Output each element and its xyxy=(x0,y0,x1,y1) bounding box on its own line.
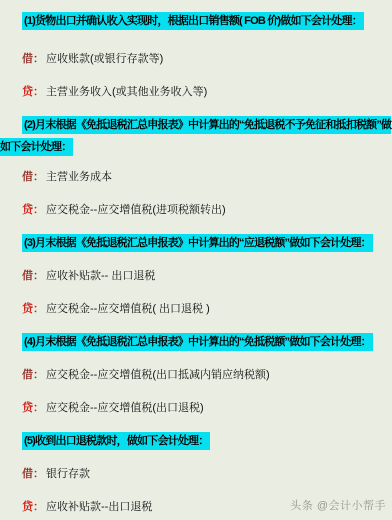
debit-text: 主营业务成本 xyxy=(44,171,112,183)
debit-text: 应交税金--应交增值税(出口抵减内销应纳税额) xyxy=(44,369,270,381)
credit-text: 应收补贴款--出口退税 xyxy=(44,501,152,513)
section-4-heading: (4)月末根据《免抵退税汇总申报表》中计算出的“免抵税额”做如下会计处理： xyxy=(0,331,392,353)
credit-text: 应交税金--应交增值税(进项税额转出) xyxy=(44,204,226,216)
section-1-credit-entry: 贷：主营业务收入(或其他业务收入等) xyxy=(0,81,392,103)
section-2: (2)月末根据《免抵退税汇总申报表》中计算出的“免抵退税不予免征和抵扣税额”做如… xyxy=(0,114,392,221)
section-1-heading-highlight: (1)货物出口并确认收入实现时，根据出口销售额( FOB 价)做如下会计处理： xyxy=(22,12,364,30)
section-4: (4)月末根据《免抵退税汇总申报表》中计算出的“免抵税额”做如下会计处理： 借：… xyxy=(0,331,392,419)
credit-text: 主营业务收入(或其他业务收入等) xyxy=(44,86,207,98)
watermark-author: 头条 @会计小帮手 xyxy=(290,497,386,513)
credit-label: 贷： xyxy=(22,303,44,315)
credit-text: 应交税金--应交增值税( 出口退税 ) xyxy=(44,303,210,315)
article-body: (1)货物出口并确认收入实现时，根据出口销售额( FOB 价)做如下会计处理： … xyxy=(0,0,392,518)
credit-label: 贷： xyxy=(22,402,44,414)
debit-label: 借： xyxy=(22,53,44,65)
debit-label: 借： xyxy=(22,270,44,282)
section-4-credit-entry: 贷：应交税金--应交增值税(出口退税) xyxy=(0,397,392,419)
section-5-heading-highlight: (5)收到出口退税款时，做如下会计处理： xyxy=(22,432,210,450)
section-2-heading: (2)月末根据《免抵退税汇总申报表》中计算出的“免抵退税不予免征和抵扣税额”做如… xyxy=(0,114,392,158)
debit-text: 应收补贴款-- 出口退税 xyxy=(44,270,155,282)
credit-label: 贷： xyxy=(22,86,44,98)
section-4-debit-entry: 借：应交税金--应交增值税(出口抵减内销应纳税额) xyxy=(0,364,392,386)
debit-label: 借： xyxy=(22,468,44,480)
credit-label: 贷： xyxy=(22,501,44,513)
credit-label: 贷： xyxy=(22,204,44,216)
section-2-debit-entry: 借：主营业务成本 xyxy=(0,166,392,188)
debit-text: 应收账款(或银行存款等) xyxy=(44,53,163,65)
section-3-heading-highlight: (3)月末根据《免抵退税汇总申报表》中计算出的“应退税额”做如下会计处理： xyxy=(22,234,373,252)
section-5-heading: (5)收到出口退税款时，做如下会计处理： xyxy=(0,430,392,452)
debit-label: 借： xyxy=(22,369,44,381)
section-4-heading-highlight: (4)月末根据《免抵退税汇总申报表》中计算出的“免抵税额”做如下会计处理： xyxy=(22,333,373,351)
section-3: (3)月末根据《免抵退税汇总申报表》中计算出的“应退税额”做如下会计处理： 借：… xyxy=(0,232,392,320)
section-3-heading: (3)月末根据《免抵退税汇总申报表》中计算出的“应退税额”做如下会计处理： xyxy=(0,232,392,254)
debit-label: 借： xyxy=(22,171,44,183)
section-5-debit-entry: 借：银行存款 xyxy=(0,463,392,485)
credit-text: 应交税金--应交增值税(出口退税) xyxy=(44,402,204,414)
section-2-credit-entry: 贷：应交税金--应交增值税(进项税额转出) xyxy=(0,199,392,221)
section-1-heading: (1)货物出口并确认收入实现时，根据出口销售额( FOB 价)做如下会计处理： xyxy=(0,10,392,32)
section-2-heading-highlight: (2)月末根据《免抵退税汇总申报表》中计算出的“免抵退税不予免征和抵扣税额”做如… xyxy=(0,116,391,156)
section-3-credit-entry: 贷：应交税金--应交增值税( 出口退税 ) xyxy=(0,298,392,320)
section-3-debit-entry: 借：应收补贴款-- 出口退税 xyxy=(0,265,392,287)
debit-text: 银行存款 xyxy=(44,468,90,480)
section-1: (1)货物出口并确认收入实现时，根据出口销售额( FOB 价)做如下会计处理： … xyxy=(0,10,392,103)
section-1-debit-entry: 借：应收账款(或银行存款等) xyxy=(0,48,392,70)
